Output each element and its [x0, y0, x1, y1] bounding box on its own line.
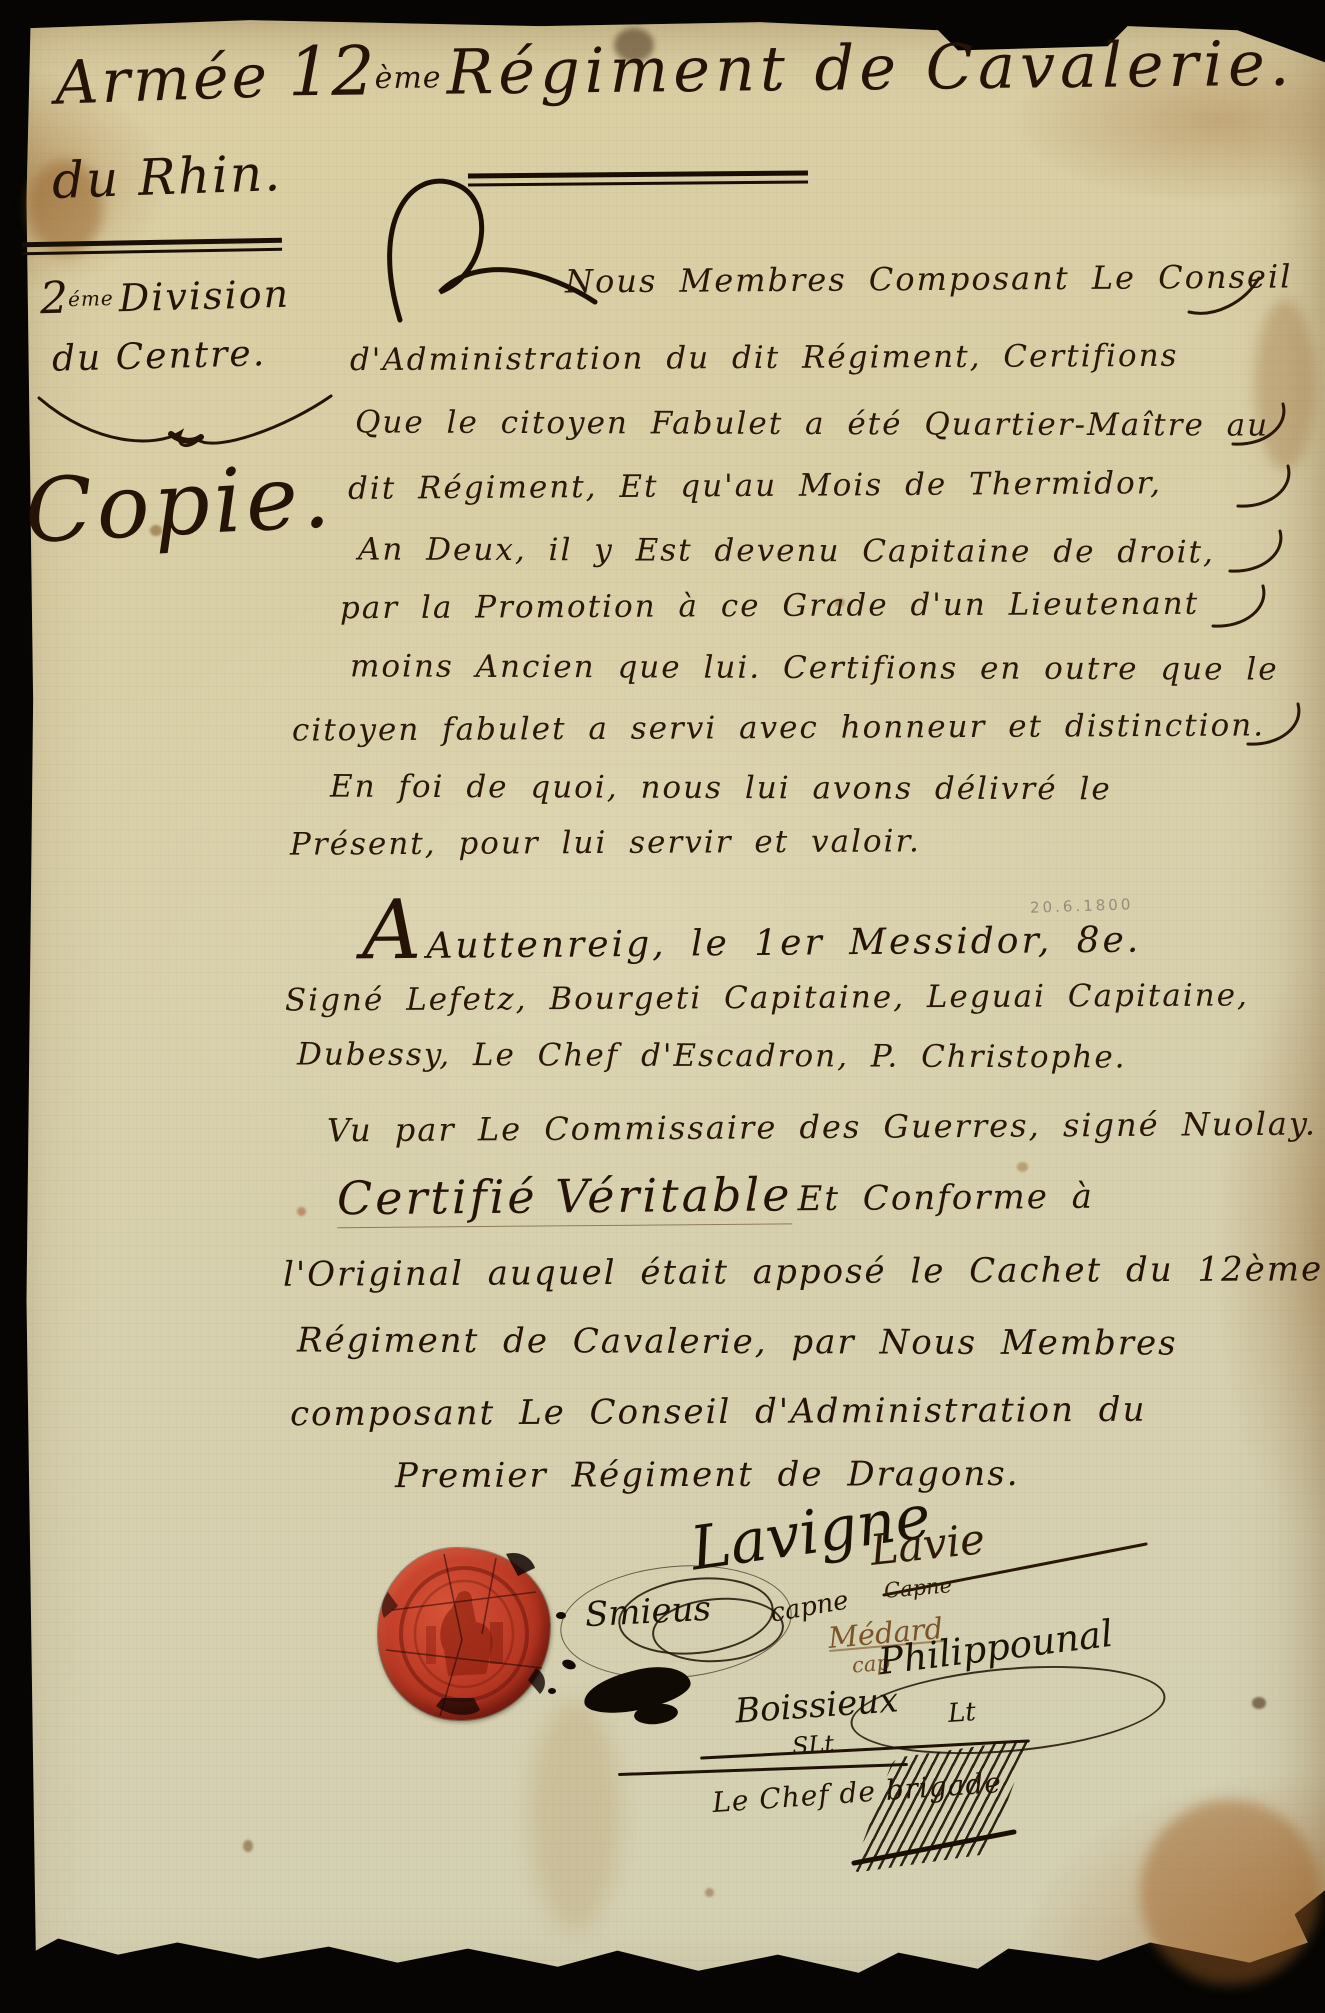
certification-line-3: Régiment de Cavalerie, par Nous Membres: [297, 1320, 1178, 1363]
pencil-date-text: 20.6.1800: [1030, 895, 1134, 917]
certification-lead-big: Certifié Véritable: [337, 1167, 793, 1228]
header-army-text: Armée: [54, 41, 271, 118]
line-end-flourish: [1230, 460, 1300, 512]
line-end-flourish: [1240, 698, 1310, 750]
certification-line-2: l'Original auquel était apposé le Cachet…: [283, 1249, 1323, 1294]
attestation-line-2-text: Dubessy, Le Chef d'Escadron, P. Christop…: [297, 1037, 1127, 1076]
attestation-line-2: Dubessy, Le Chef d'Escadron, P. Christop…: [297, 1037, 1127, 1076]
line-end-flourish: [1222, 525, 1292, 577]
body-line-3-text: Que le citoyen Fabulet a été Quartier-Ma…: [355, 404, 1269, 443]
certification-line-2-text: l'Original auquel était apposé le Cachet…: [283, 1249, 1323, 1294]
certification-line-4-text: composant Le Conseil d'Administration du: [290, 1390, 1147, 1434]
body-line-4-text: dit Régiment, Et qu'au Mois de Thermidor…: [348, 465, 1162, 507]
body-line-6: par la Promotion à ce Grade d'un Lieuten…: [340, 586, 1199, 626]
brace-flourish: [35, 390, 335, 452]
body-line-3: Que le citoyen Fabulet a été Quartier-Ma…: [355, 404, 1269, 443]
foxing-spot: [705, 1888, 714, 1897]
division-ordinal: éme: [68, 286, 114, 311]
body-line-1: Nous Membres Composant Le Conseil: [565, 257, 1293, 300]
line-end-flourish: [1225, 398, 1295, 450]
attestation-line-3-text: Vu par Le Commissaire des Guerres, signé…: [327, 1105, 1317, 1150]
body-line-8: citoyen fabulet a servi avec honneur et …: [292, 707, 1265, 748]
dateline-initial: A: [362, 883, 422, 979]
stain-below-seal: [530, 1700, 620, 1930]
signature-boissieux-rank-text: SLt: [791, 1730, 835, 1761]
signature-philippounal-rank-text: Lt: [947, 1697, 977, 1729]
header-army2-text: du Rhin.: [51, 144, 283, 210]
header-army-line1: Armée: [54, 41, 271, 118]
header-army-line2: du Rhin.: [51, 144, 283, 210]
signature-philippounal-rank: Lt: [947, 1697, 977, 1729]
initial-n-flourish: [360, 162, 600, 327]
body-line-2: d'Administration du dit Régiment, Certif…: [350, 338, 1179, 378]
attestation-line-3: Vu par Le Commissaire des Guerres, signé…: [327, 1105, 1317, 1150]
body-line-7-text: moins Ancien que lui. Certifions en outr…: [350, 648, 1279, 687]
body-line-10: Présent, pour lui servir et valoir.: [290, 823, 921, 862]
body-line-5: An Deux, il y Est devenu Capitaine de dr…: [358, 532, 1215, 571]
body-line-9: En foi de quoi, nous lui avons délivré l…: [330, 769, 1112, 808]
body-line-6-text: par la Promotion à ce Grade d'un Lieuten…: [340, 586, 1199, 626]
regiment-title-text: Régiment de Cavalerie.: [446, 27, 1295, 109]
line-end-flourish: [1185, 272, 1265, 322]
foxing-spot: [297, 1207, 306, 1216]
body-line-2-text: d'Administration du dit Régiment, Certif…: [350, 338, 1179, 378]
certification-line-3-text: Régiment de Cavalerie, par Nous Membres: [297, 1320, 1178, 1363]
attestation-line-1-text: Signé Lefetz, Bourgeti Capitaine, Leguai…: [285, 977, 1249, 1018]
regiment-number: 12: [288, 32, 375, 112]
margin-copy-label: Copie.: [23, 444, 337, 563]
dateline-text: Auttenreig, le 1er Messidor, 8e.: [426, 920, 1141, 967]
foxing-spot: [243, 1840, 253, 1852]
pencil-archival-date: 20.6.1800: [1030, 895, 1134, 917]
foxing-spot: [1252, 1697, 1266, 1709]
red-wax-seal: [378, 1548, 550, 1720]
signature-boissieux-rank: SLt: [791, 1730, 835, 1761]
dateline: A Auttenreig, le 1er Messidor, 8e.: [362, 877, 1142, 979]
margin-division-line2: du Centre.: [52, 333, 267, 380]
attestation-line-1: Signé Lefetz, Bourgeti Capitaine, Leguai…: [285, 977, 1249, 1018]
wax-speck: [548, 1688, 556, 1694]
body-line-5-text: An Deux, il y Est devenu Capitaine de dr…: [358, 532, 1215, 571]
margin-division-line1: 2éme Division: [39, 267, 290, 325]
body-line-1-text: Nous Membres Composant Le Conseil: [565, 257, 1293, 300]
line-end-flourish: [1205, 580, 1275, 632]
seal-engraving: [378, 1548, 550, 1720]
body-line-7: moins Ancien que lui. Certifions en outr…: [350, 648, 1279, 687]
stain-bottom-right: [1140, 1800, 1320, 1985]
certification-lead: Certifié Véritable Et Conforme à: [337, 1165, 1094, 1226]
body-line-4: dit Régiment, Et qu'au Mois de Thermidor…: [348, 465, 1162, 507]
centre-text: du Centre.: [52, 333, 267, 380]
division-text: Division: [118, 272, 290, 320]
body-line-9-text: En foi de quoi, nous lui avons délivré l…: [330, 769, 1112, 808]
regiment-ordinal: ème: [374, 60, 441, 96]
certification-lead-rest: Et Conforme à: [797, 1177, 1094, 1220]
division-number: 2: [39, 273, 68, 325]
header-regiment-title: 12ème Régiment de Cavalerie.: [288, 23, 1295, 113]
body-line-10-text: Présent, pour lui servir et valoir.: [290, 823, 921, 862]
copy-text: Copie.: [23, 444, 337, 563]
certification-line-4: composant Le Conseil d'Administration du: [290, 1390, 1147, 1434]
photo-background: Armée 12ème Régiment de Cavalerie. du Rh…: [0, 0, 1325, 2013]
body-line-8-text: citoyen fabulet a servi avec honneur et …: [292, 707, 1265, 748]
